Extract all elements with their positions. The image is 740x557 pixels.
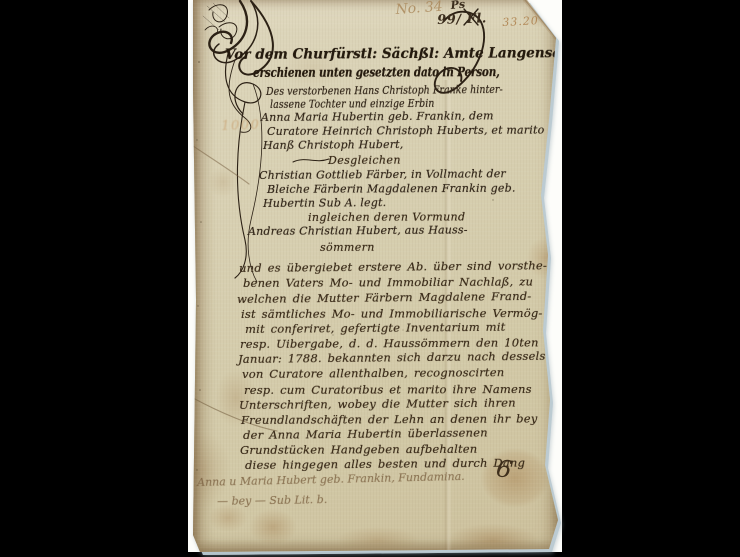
manuscript-paper: No. 34 Ps 99/ Fl. 33.20 1000 6 Vor dem C… xyxy=(193,0,558,552)
file-number: 99/ Fl. xyxy=(437,11,487,28)
flourish-knot-icon xyxy=(219,23,237,39)
margin-note: 1000 xyxy=(221,118,261,134)
script-line: Christian Gottlieb Färber, in Vollmacht … xyxy=(259,168,506,182)
script-line: der Anna Maria Hubertin überlassenen xyxy=(243,426,488,441)
script-line: benen Vaters Mo- und Immobiliar Nachlaß,… xyxy=(243,275,533,289)
calligraphic-flourish-icon xyxy=(209,1,247,53)
script-line: diese hingegen alles besten und durch Da… xyxy=(245,457,525,472)
script-line: Freundlandschäften der Lehn an denen ihr… xyxy=(241,412,537,426)
price-note: 33.20 xyxy=(502,14,539,29)
script-line: erschienen unten gesetzten dato in Perso… xyxy=(253,66,500,81)
script-line: Unterschriften, wobey die Mutter sich ih… xyxy=(239,397,516,412)
paper-shadow: No. 34 Ps 99/ Fl. 33.20 1000 6 Vor dem C… xyxy=(193,0,558,552)
script-line: mit conferiret, gefertigte Inventarium m… xyxy=(245,321,506,336)
script-line: resp. cum Curatoribus et marito ihre Nam… xyxy=(244,383,532,397)
script-line: Desgleichen xyxy=(328,155,401,167)
flourish-knot-icon xyxy=(209,5,227,22)
script-line: Hanß Christoph Hubert, xyxy=(263,139,404,152)
script-line: Des verstorbenen Hans Christoph Franke h… xyxy=(266,84,503,98)
script-line: — bey — Sub Lit. b. xyxy=(217,494,327,508)
script-line: Anna Maria Hubertin geb. Frankin, dem xyxy=(261,110,494,124)
photo-canvas: No. 34 Ps 99/ Fl. 33.20 1000 6 Vor dem C… xyxy=(0,0,740,557)
script-line: welchen die Mutter Färbern Magdalene Fra… xyxy=(237,290,531,306)
pound-mark: Ps xyxy=(450,0,466,12)
script-line: ist sämtliches Mo- und Immobiliarische V… xyxy=(241,307,543,321)
calligraphic-flourish-icon xyxy=(239,1,273,75)
script-line: ingleichen deren Vormund xyxy=(308,211,466,224)
catalog-number: No. 34 xyxy=(395,0,443,18)
script-line: von Curatore allenthalben, recognoscirte… xyxy=(242,366,504,380)
script-line: Bleiche Färberin Magdalenen Frankin geb. xyxy=(267,183,516,196)
flourish-hatch-icon xyxy=(203,3,229,30)
script-line: und es übergiebet erstere Ab. über sind … xyxy=(239,259,547,274)
script-line: Anna u Maria Hubert geb. Frankin, Fundam… xyxy=(197,471,465,489)
script-line: Vor dem Churfürstl: Sächßl: Amte Langens… xyxy=(225,46,583,63)
script-line: Andreas Christian Hubert, aus Hauss- xyxy=(248,224,468,238)
script-line: Grundstücken Handgeben aufbehalten xyxy=(240,443,477,457)
flourish-knot-icon xyxy=(205,26,218,34)
crease-line xyxy=(193,146,249,184)
script-line: Hubertin Sub A. legt. xyxy=(263,197,386,210)
script-line: Januar: 1788. bekannten sich darzu nach … xyxy=(238,350,550,366)
swash-dash-icon xyxy=(293,159,329,162)
calligraphic-flourish-icon xyxy=(248,84,262,282)
script-line: sömmern xyxy=(320,242,375,254)
script-line: Curatore Heinrich Christoph Huberts, et … xyxy=(267,125,544,139)
